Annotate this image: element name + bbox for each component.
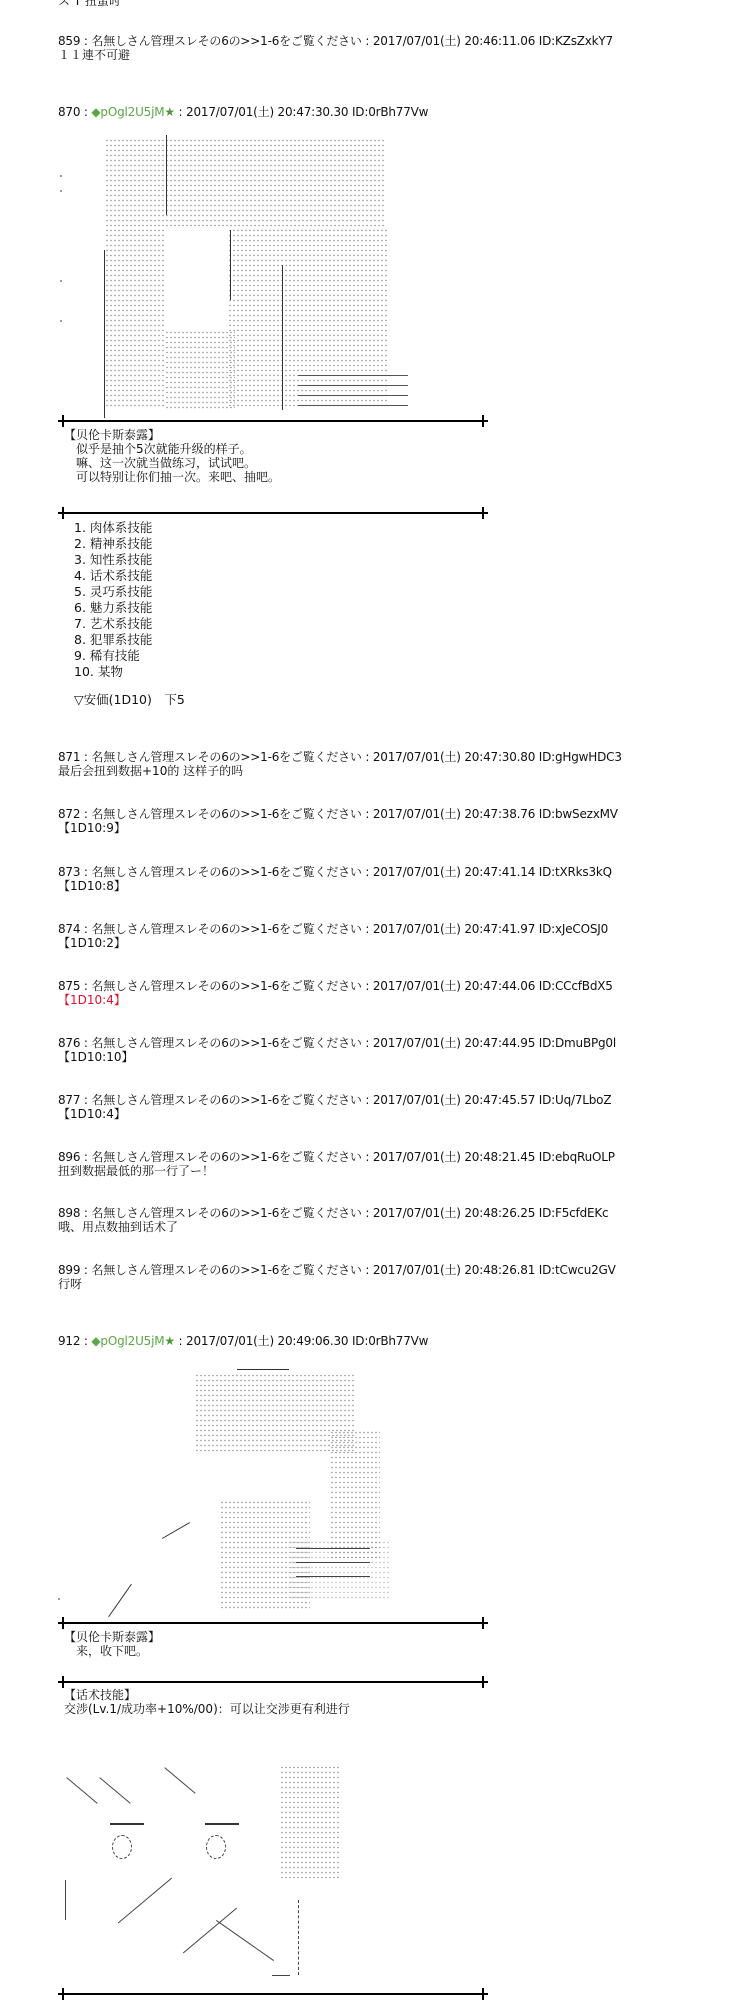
post-id[interactable]: ID:tXRks3kQ — [539, 865, 612, 879]
post-859: 859 : 名無しさん管理スレその6の>>1-6をご覧ください : 2017/0… — [58, 34, 613, 62]
post-number[interactable]: 896 — [58, 1150, 80, 1164]
post-date: 2017/07/01(土) 20:47:38.76 — [373, 807, 535, 821]
choice-item: 5. 灵巧系技能 — [74, 584, 185, 600]
skill-detail: 交涉(Lv.1/成功率+10%/00)：可以让交涉更有利进行 — [64, 1702, 350, 1716]
choice-item: 10. 某物 — [74, 664, 185, 680]
post-number[interactable]: 875 — [58, 979, 80, 993]
post-896: 896 : 名無しさん管理スレその6の>>1-6をご覧ください : 2017/0… — [58, 1150, 615, 1178]
choice-item: 7. 艺术系技能 — [74, 616, 185, 632]
post-number[interactable]: 898 — [58, 1206, 80, 1220]
cutoff-text: ス T 扭蛋时 — [58, 0, 121, 8]
skill-category: 【话术技能】 — [64, 1688, 350, 1702]
post-number[interactable]: 899 — [58, 1263, 80, 1277]
speaker-label: 【贝伦卡斯泰露】 — [64, 1630, 160, 1644]
divider — [58, 1993, 488, 1995]
post-header: 859 : 名無しさん管理スレその6の>>1-6をご覧ください : 2017/0… — [58, 34, 613, 48]
dice-roll-selected: 【1D10:4】 — [58, 993, 613, 1007]
post-date: 2017/07/01(土) 20:46:11.06 — [373, 34, 535, 48]
poster-name: 名無しさん管理スレその6の>>1-6をご覧ください — [91, 807, 361, 821]
post-date: 2017/07/01(土) 20:47:30.80 — [373, 750, 535, 764]
post-912-dialogue: 【贝伦卡斯泰露】 来，收下吧。 — [64, 1630, 160, 1658]
post-id[interactable]: ID:KZsZxkY7 — [539, 34, 613, 48]
trip-code: ◆pOgl2U5jM — [91, 105, 164, 119]
post-872: 872 : 名無しさん管理スレその6の>>1-6をご覧ください : 2017/0… — [58, 807, 618, 835]
post-877: 877 : 名無しさん管理スレその6の>>1-6をご覧ください : 2017/0… — [58, 1093, 611, 1121]
post-date: 2017/07/01(土) 20:48:26.81 — [373, 1263, 535, 1277]
post-date: 2017/07/01(土) 20:48:21.45 — [373, 1150, 535, 1164]
post-id[interactable]: ID:gHgwHDC3 — [539, 750, 622, 764]
star-icon: ★ — [164, 105, 175, 119]
post-date: 2017/07/01(土) 20:47:45.57 — [373, 1093, 535, 1107]
choice-item: 8. 犯罪系技能 — [74, 632, 185, 648]
poster-name: 名無しさん管理スレその6の>>1-6をご覧ください — [91, 1036, 361, 1050]
post-id[interactable]: ID:0rBh77Vw — [352, 105, 428, 119]
post-875: 875 : 名無しさん管理スレその6の>>1-6をご覧ください : 2017/0… — [58, 979, 613, 1007]
dialogue-line: 嘛、这一次就当做练习，试试吧。 — [64, 456, 280, 470]
post-id[interactable]: ID:F5cfdEKc — [539, 1206, 609, 1220]
choice-item: 2. 精神系技能 — [74, 536, 185, 552]
divider — [58, 1681, 488, 1683]
divider — [58, 1622, 488, 1624]
post-date: 2017/07/01(土) 20:47:44.06 — [373, 979, 535, 993]
post-id[interactable]: ID:tCwcu2GV — [539, 1263, 616, 1277]
post-date: 2017/07/01(土) 20:49:06.30 — [186, 1334, 348, 1348]
post-body: 行呀 — [58, 1277, 616, 1291]
post-870-dialogue: 【贝伦卡斯泰露】 似乎是抽个5次就能升级的样子。 嘛、这一次就当做练习，试试吧。… — [64, 428, 280, 484]
post-number[interactable]: 874 — [58, 922, 80, 936]
post-number[interactable]: 873 — [58, 865, 80, 879]
post-873: 873 : 名無しさん管理スレその6の>>1-6をご覧ください : 2017/0… — [58, 865, 612, 893]
post-number[interactable]: 871 — [58, 750, 80, 764]
post-899: 899 : 名無しさん管理スレその6の>>1-6をご覧ください : 2017/0… — [58, 1263, 616, 1291]
star-icon: ★ — [164, 1334, 175, 1348]
divider — [58, 420, 488, 422]
poster-name: 名無しさん管理スレその6の>>1-6をご覧ください — [91, 1093, 361, 1107]
post-id[interactable]: ID:bwSezxMV — [539, 807, 618, 821]
dice-roll: 【1D10:8】 — [58, 879, 612, 893]
post-number[interactable]: 912 — [58, 1334, 80, 1348]
post-id[interactable]: ID:DmuBPg0l — [539, 1036, 616, 1050]
post-number[interactable]: 870 — [58, 105, 80, 119]
poster-name: 名無しさん管理スレその6の>>1-6をご覧ください — [91, 979, 361, 993]
poster-name: 名無しさん管理スレその6の>>1-6をご覧ください — [91, 1263, 361, 1277]
post-id[interactable]: ID:0rBh77Vw — [352, 1334, 428, 1348]
poster-name: 名無しさん管理スレその6の>>1-6をご覧ください — [91, 865, 361, 879]
post-id[interactable]: ID:xJeCOSJ0 — [539, 922, 608, 936]
dice-roll: 【1D10:9】 — [58, 821, 618, 835]
trip-code: ◆pOgl2U5jM — [91, 1334, 164, 1348]
post-body: １１連不可避 — [58, 48, 613, 62]
post-number[interactable]: 859 — [58, 34, 80, 48]
choice-item: 3. 知性系技能 — [74, 552, 185, 568]
poster-name: 名無しさん管理スレその6の>>1-6をご覧ください — [91, 34, 361, 48]
post-876: 876 : 名無しさん管理スレその6の>>1-6をご覧ください : 2017/0… — [58, 1036, 616, 1064]
dialogue-line: 可以特别让你们抽一次。来吧、抽吧。 — [64, 470, 280, 484]
choice-item: 9. 稀有技能 — [74, 648, 185, 664]
post-id[interactable]: ID:CCcfBdX5 — [539, 979, 613, 993]
dialogue-line: 似乎是抽个5次就能升级的样子。 — [64, 442, 280, 456]
speaker-label: 【贝伦卡斯泰露】 — [64, 428, 280, 442]
dice-roll: 【1D10:4】 — [58, 1107, 611, 1121]
choice-list: 1. 肉体系技能 2. 精神系技能 3. 知性系技能 4. 话术系技能 5. 灵… — [74, 520, 185, 708]
post-body: 最后会扭到数据+10的 这样子的吗 — [58, 764, 622, 778]
choice-item: 1. 肉体系技能 — [74, 520, 185, 536]
post-id[interactable]: ID:ebqRuOLP — [539, 1150, 615, 1164]
post-date: 2017/07/01(土) 20:47:41.14 — [373, 865, 535, 879]
skill-card: 【话术技能】 交涉(Lv.1/成功率+10%/00)：可以让交涉更有利进行 — [64, 1688, 350, 1716]
post-body: 哦、用点数抽到话术了 — [58, 1220, 608, 1234]
post-number[interactable]: 877 — [58, 1093, 80, 1107]
post-912-header: 912 : ◆pOgl2U5jM★ : 2017/07/01(土) 20:49:… — [58, 1334, 428, 1348]
choice-item: 6. 魅力系技能 — [74, 600, 185, 616]
post-date: 2017/07/01(土) 20:48:26.25 — [373, 1206, 535, 1220]
post-870-header: 870 : ◆pOgl2U5jM★ : 2017/07/01(土) 20:47:… — [58, 105, 428, 119]
post-number[interactable]: 872 — [58, 807, 80, 821]
poster-name: 名無しさん管理スレその6の>>1-6をご覧ください — [91, 922, 361, 936]
post-date: 2017/07/01(土) 20:47:41.97 — [373, 922, 535, 936]
poster-name: 名無しさん管理スレその6の>>1-6をご覧ください — [91, 750, 361, 764]
post-874: 874 : 名無しさん管理スレその6の>>1-6をご覧ください : 2017/0… — [58, 922, 608, 950]
divider — [58, 512, 488, 514]
post-date: 2017/07/01(土) 20:47:30.30 — [186, 105, 348, 119]
choice-item: 4. 话术系技能 — [74, 568, 185, 584]
roll-prompt: ▽安価(1D10) 下5 — [74, 692, 185, 708]
poster-name: 名無しさん管理スレその6の>>1-6をご覧ください — [91, 1150, 361, 1164]
dialogue-line: 来，收下吧。 — [64, 1644, 160, 1658]
dice-roll: 【1D10:2】 — [58, 936, 608, 950]
post-871: 871 : 名無しさん管理スレその6の>>1-6をご覧ください : 2017/0… — [58, 750, 622, 778]
post-number[interactable]: 876 — [58, 1036, 80, 1050]
poster-name: 名無しさん管理スレその6の>>1-6をご覧ください — [91, 1206, 361, 1220]
post-id[interactable]: ID:Uq/7LboZ — [539, 1093, 612, 1107]
post-date: 2017/07/01(土) 20:47:44.95 — [373, 1036, 535, 1050]
post-898: 898 : 名無しさん管理スレその6の>>1-6をご覧ください : 2017/0… — [58, 1206, 608, 1234]
post-body: 扭到数据最低的那一行了ー！ — [58, 1164, 615, 1178]
dice-roll: 【1D10:10】 — [58, 1050, 616, 1064]
